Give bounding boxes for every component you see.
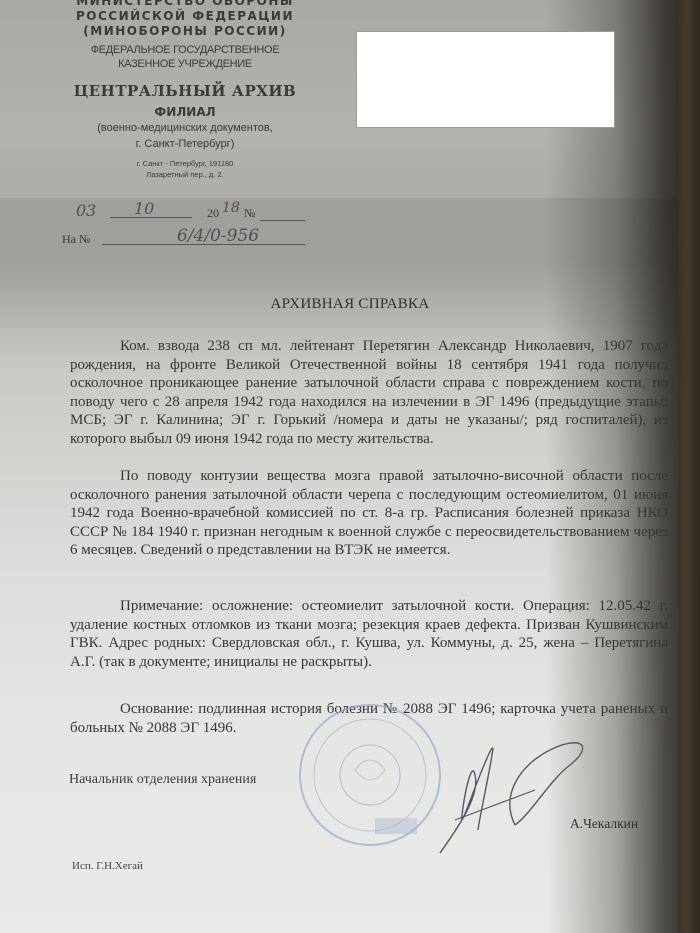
signature-icon (420, 735, 610, 855)
ref-number: 6/4/0-956 (177, 226, 259, 246)
paragraph-note: Примечание: осложнение: остеомиелит заты… (70, 597, 668, 671)
paragraph-3-text: Примечание: осложнение: остеомиелит заты… (70, 597, 668, 671)
number-line (260, 206, 305, 221)
address-line-1: г. Санкт - Петербург, 191180 (60, 158, 310, 169)
reference-number-row: На № 6/4/0-956 (62, 228, 307, 250)
letterhead: МИНИСТЕРСТВО ОБОРОНЫ РОССИЙСКОЙ ФЕДЕРАЦИ… (60, 0, 310, 180)
ref-label: На № (62, 232, 90, 247)
ministry-line-3: (МИНОБОРОНЫ РОССИИ) (60, 24, 310, 39)
branch-desc-line-2: г. Санкт-Петербург) (60, 136, 310, 152)
signatory-name: А.Чекалкин (570, 816, 638, 832)
branch-title: ФИЛИАЛ (60, 104, 310, 120)
executor-name: Исп. Г.Н.Хегай (72, 860, 143, 872)
book-edge (678, 0, 700, 933)
date-day: 03 (76, 201, 96, 220)
redacted-recipient-block (356, 31, 615, 128)
date-year-suffix: 18 (222, 200, 240, 216)
paragraph-1-text: Ком. взвода 238 сп мл. лейтенант Перетяг… (70, 337, 668, 449)
institution-line-2: КАЗЕННОЕ УЧРЕЖДЕНИЕ (60, 57, 310, 71)
paragraph-medical-commission: По поводу контузии вещества мозга правой… (70, 467, 668, 560)
ministry-line-1: МИНИСТЕРСТВО ОБОРОНЫ (60, 0, 310, 9)
document-title: АРХИВНАЯ СПРАВКА (0, 296, 700, 313)
address-line-2: Лазаретный пер., д. 2. (60, 169, 310, 180)
paragraph-service-record: Ком. взвода 238 сп мл. лейтенант Перетяг… (70, 337, 668, 449)
date-month: 10 (134, 199, 154, 218)
paragraph-2-text: По поводу контузии вещества мозга правой… (70, 467, 668, 560)
outgoing-date: 03 10 20 18 № (62, 203, 307, 223)
signatory-position: Начальник отделения хранения (69, 772, 256, 788)
ministry-line-2: РОССИЙСКОЙ ФЕДЕРАЦИИ (60, 9, 310, 24)
number-label: № (244, 206, 255, 221)
branch-desc-line-1: (военно-медицинских документов, (60, 120, 310, 136)
date-year-prefix: 20 (207, 206, 219, 221)
archive-title: ЦЕНТРАЛЬНЫЙ АРХИВ (60, 81, 310, 101)
institution-line-1: ФЕДЕРАЛЬНОЕ ГОСУДАРСТВЕННОЕ (60, 43, 310, 57)
